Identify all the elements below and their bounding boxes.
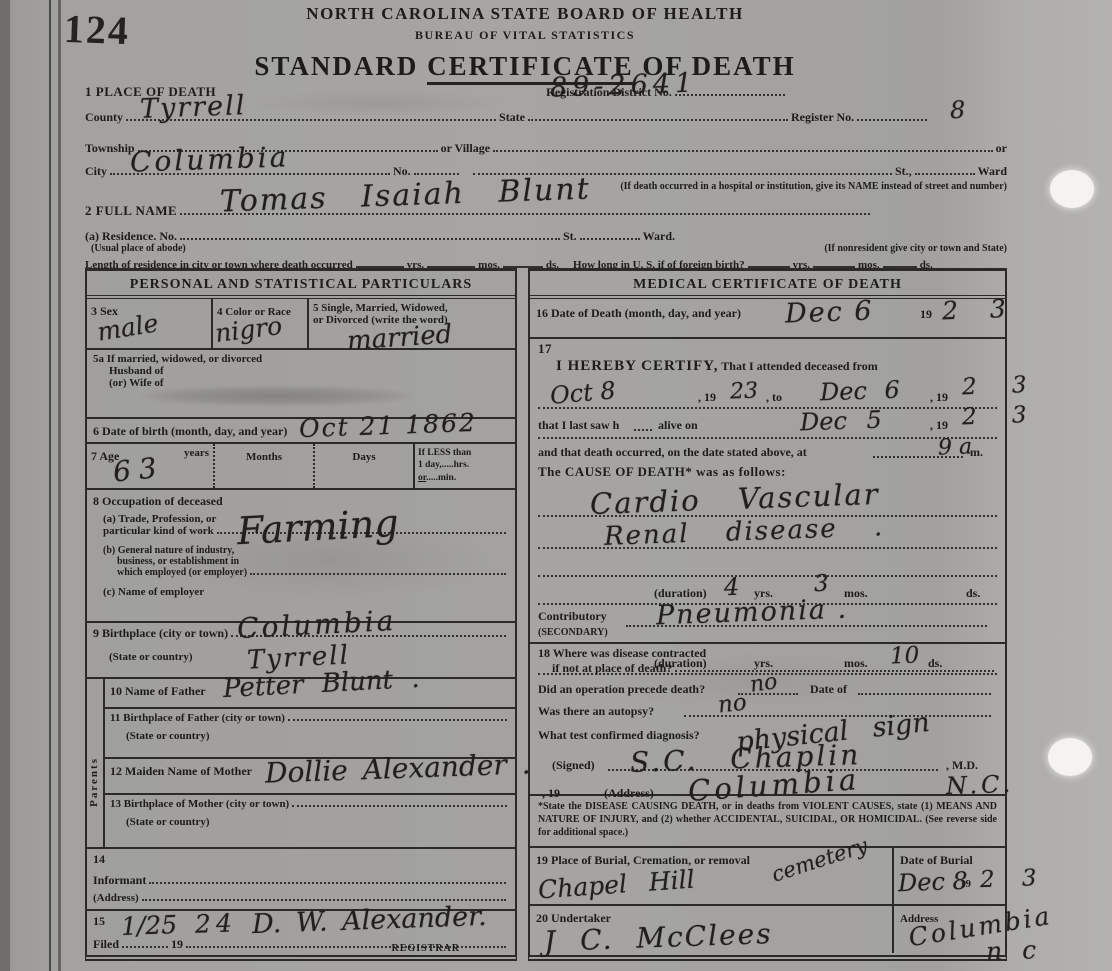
cause-line-1: Cardio Vascular: [538, 485, 997, 517]
or-village-label: or Village: [441, 141, 490, 156]
form-header: NORTH CAROLINA STATE BOARD OF HEALTH BUR…: [85, 4, 965, 82]
industry-label-3: which employed (or employer): [117, 567, 247, 578]
age-row: 7 Age years 63 Months Days If LESS than …: [87, 444, 515, 490]
hospital-note: (If death occurred in a hospital or inst…: [620, 181, 1007, 192]
no-label: No.: [393, 164, 411, 179]
age-days-label: Days: [352, 451, 375, 463]
marital-label-1: 5 Single, Married, Widowed,: [313, 302, 511, 314]
operation-date-blank: [858, 693, 991, 695]
age-cell: 7 Age years 63: [87, 444, 213, 488]
residence-no-blank: [180, 236, 560, 240]
ward-label: Ward: [978, 164, 1007, 179]
item-17-number: 17: [538, 341, 997, 357]
informant-label: Informant: [93, 873, 146, 888]
test-label: What test confirmed diagnosis?: [538, 728, 700, 743]
abode-line: (Usual place of abode) (If nonresident g…: [85, 243, 1007, 254]
informant-line: Informant: [93, 873, 509, 888]
operation-line: Did an operation precede death? no Date …: [538, 677, 997, 701]
date-of-burial-value: Dec 8: [898, 869, 969, 895]
no-blank: [414, 171, 459, 175]
contributory-label: Contributory: [538, 609, 607, 624]
date-of-death-value: Dec 6: [785, 297, 874, 327]
scan-left-edge: [0, 0, 10, 971]
bureau-name: BUREAU OF VITAL STATISTICS: [85, 28, 965, 43]
informant-address-label: (Address): [93, 892, 139, 904]
township-label: Township: [85, 141, 135, 156]
informant-blank: [149, 880, 506, 884]
age-months-label: Months: [246, 451, 282, 463]
marital-cell: 5 Single, Married, Widowed, or Divorced …: [309, 299, 515, 348]
filed-label: Filed: [93, 937, 119, 952]
undertaker-value: J C. McClees: [544, 920, 773, 956]
registrar-label: REGISTRAR: [392, 943, 460, 954]
full-name-line: 2 FULL NAME Tomas Isaiah Blunt: [85, 203, 1007, 219]
date-of-burial-label: Date of Burial: [900, 853, 973, 867]
filed-date-blank: [122, 944, 168, 948]
alive-on-label: alive on: [658, 418, 698, 433]
father-birthplace-state: (State or country): [126, 730, 510, 742]
to-19: , 19: [930, 390, 948, 405]
mother-name-value: Dollie Alexander .: [265, 750, 531, 787]
date-of-birth-row: 6 Date of birth (month, day, and year) O…: [87, 419, 515, 444]
city-value: Columbia: [130, 143, 290, 177]
to-year: 2 3: [962, 374, 1041, 400]
nonresident-note: (If nonresident give city or town and St…: [824, 243, 1007, 254]
father-birthplace-label: 11 Birthplace of Father (city or town): [110, 712, 285, 724]
certificate-form: NORTH CAROLINA STATE BOARD OF HEALTH BUR…: [85, 0, 1007, 971]
filed-date-value: 1/25: [121, 912, 178, 939]
county-line: County Tyrrell State Register No. 8: [85, 110, 1007, 125]
mother-birthplace-row: 13 Birthplace of Mother (city or town) (…: [105, 795, 515, 847]
birthplace-value: Columbia: [236, 607, 397, 643]
or-label: or: [996, 141, 1007, 156]
register-no-blank: [857, 117, 927, 121]
attended-from-value: Oct 8: [549, 378, 617, 408]
scanned-death-certificate: 124 NORTH CAROLINA STATE BOARD OF HEALTH…: [0, 0, 1112, 971]
birthplace-label: 9 Birthplace (city or town): [93, 626, 228, 641]
cause-line-3-empty: [538, 549, 997, 577]
autopsy-label: Was there an autopsy?: [538, 704, 654, 719]
parents-strip: Parents: [87, 679, 105, 847]
father-name-row: 10 Name of Father Petter Blunt .: [105, 679, 515, 709]
min-label: .....min.: [426, 473, 456, 483]
city-label: City: [85, 164, 107, 179]
place-of-burial-cell: 19 Place of Burial, Cremation, or remova…: [530, 848, 894, 904]
signed-state-value: N.C.: [946, 772, 1015, 798]
registrar-signature: D. W. Alexander.: [252, 903, 487, 938]
title-standard: STANDARD: [254, 51, 427, 81]
death-occurred-label: and that death occurred, on the date sta…: [538, 445, 807, 460]
footnote-text: *State the DISEASE CAUSING DEATH, or in …: [538, 801, 997, 838]
father-birthplace-line: 11 Birthplace of Father (city or town): [110, 712, 510, 724]
mother-birthplace-blank: [292, 803, 507, 807]
industry-line: which employed (or employer): [117, 567, 509, 578]
sex-cell: 3 Sex male: [87, 299, 213, 348]
less-than-label-3: or.....min.: [418, 472, 512, 484]
father-birthplace-blank: [288, 717, 507, 721]
state-label: State: [499, 110, 525, 125]
saw-year: 2 3: [962, 404, 1041, 430]
mother-birthplace-state: (State or country): [126, 816, 510, 828]
columns: PERSONAL AND STATISTICAL PARTICULARS 3 S…: [85, 268, 1007, 961]
cause-value-2: Renal disease .: [604, 514, 885, 550]
medical-certificate-column: MEDICAL CERTIFICATE OF DEATH 16 Date of …: [528, 268, 1007, 961]
attended-to-value: Dec 6: [820, 378, 901, 405]
trade-label-2: particular kind of work: [103, 525, 214, 537]
burial-row: 19 Place of Burial, Cremation, or remova…: [530, 848, 1005, 906]
race-value: nigro: [214, 313, 284, 346]
date-of-death-label: 16 Date of Death (month, day, and year): [536, 306, 741, 320]
st-blank: [915, 171, 975, 175]
date-of-birth-value: Oct 21 1862: [299, 410, 478, 441]
m-label: m.: [970, 445, 983, 460]
cause-of-death-label: The CAUSE OF DEATH* was as follows:: [538, 464, 786, 479]
less-than-label-1: If LESS than: [418, 447, 512, 459]
residence-label: (a) Residence. No.: [85, 229, 177, 244]
undertaker-row: 20 Undertaker J C. McClees Address Colum…: [530, 906, 1005, 953]
filed-year-value: 24: [195, 910, 238, 936]
form-title: STANDARD CERTIFICATE OF DEATH: [85, 51, 965, 82]
duration-ds-label: ds.: [966, 586, 980, 601]
age-value: 63: [112, 453, 166, 486]
parents-section: Parents 10 Name of Father Petter Blunt .…: [87, 679, 515, 849]
age-days-cell: Days: [313, 444, 413, 488]
contributory-value: Pneumonia .: [656, 596, 849, 630]
county-value: Tyrrell: [140, 92, 247, 123]
date-of-label: Date of: [810, 682, 847, 697]
spouse-label-1: 5a If married, widowed, or divorced: [93, 353, 509, 365]
age-years-label: years: [184, 447, 209, 459]
contracted-label-1: 18 Where was disease contracted: [538, 646, 997, 661]
industry-blank: [250, 571, 506, 575]
last-saw-value: Dec 5: [800, 408, 883, 435]
date-of-death-year: 2 3: [942, 296, 1019, 324]
or-underlined: or: [418, 473, 426, 483]
register-no-value: 8: [950, 98, 966, 123]
death-occurred-line: and that death occurred, on the date sta…: [538, 439, 997, 463]
disease-contracted-row: 18 Where was disease contracted if not a…: [530, 644, 1005, 796]
saw-19: , 19: [930, 418, 948, 433]
place-of-burial-value: Chapel Hill: [537, 867, 695, 903]
residence-st-label: St.: [563, 229, 577, 244]
residence-st-blank: [580, 236, 640, 240]
date-of-birth-label: 6 Date of birth (month, day, and year): [93, 424, 287, 438]
industry-label-2: business, or establishment in: [117, 556, 509, 567]
certification-row: 17 I HEREBY CERTIFY, That I attended dec…: [530, 339, 1005, 644]
burial-19: 19: [960, 878, 971, 890]
trade-value: Farming: [236, 504, 399, 550]
last-saw-line: that I last saw h alive on Dec 5 , 19 2 …: [538, 409, 997, 439]
spouse-label-2: Husband of: [109, 365, 509, 377]
board-name: NORTH CAROLINA STATE BOARD OF HEALTH: [85, 4, 965, 24]
secondary-label: (SECONDARY): [538, 627, 608, 638]
informant-number: 14: [93, 852, 509, 867]
residence-line: (a) Residence. No. St. Ward.: [85, 229, 1007, 244]
burial-year: 2 3: [980, 867, 1047, 892]
informant-address-blank: [142, 897, 506, 901]
employer-label: (c) Name of employer: [103, 586, 509, 598]
binding-line-2: [58, 0, 61, 971]
contributory-block: Contributory (SECONDARY) Pneumonia .: [538, 605, 997, 649]
certify-bold: I HEREBY CERTIFY,: [556, 358, 718, 374]
cause-line-2: Renal disease .: [538, 517, 997, 549]
father-name-label: 10 Name of Father: [110, 684, 206, 698]
autopsy-value: no: [717, 692, 748, 718]
abode-note: (Usual place of abode): [91, 243, 186, 254]
left-column-header: PERSONAL AND STATISTICAL PARTICULARS: [87, 271, 515, 299]
attended-from-line: Oct 8 , 19 23 , to Dec 6 , 19 2 3: [538, 379, 997, 409]
operation-label: Did an operation precede death?: [538, 682, 705, 697]
register-no-label: Register No.: [791, 110, 854, 125]
undertaker-address-value-2: n c: [986, 937, 1043, 964]
h-blank: [634, 429, 652, 431]
operation-value: no: [749, 671, 779, 697]
filed-row: 15 Filed 19 1/25 24 D. W. Alexander. REG…: [87, 911, 515, 955]
death-time-value: 9 a: [938, 436, 973, 459]
to-label: , to: [766, 390, 782, 405]
village-blank: [493, 148, 993, 152]
column-gutter: [517, 268, 528, 961]
sex-race-marital-row: 3 Sex male 4 Color or Race nigro 5 Singl…: [87, 299, 515, 350]
age-months-cell: Months: [213, 444, 313, 488]
last-saw-label: that I last saw h: [538, 418, 619, 433]
state-blank: [528, 117, 788, 121]
registration-district-value: 89-2641: [550, 69, 698, 101]
occupation-row: 8 Occupation of deceased (a) Trade, Prof…: [87, 490, 515, 623]
date-of-death-row: 16 Date of Death (month, day, and year) …: [530, 299, 1005, 339]
punch-hole-top: [1050, 170, 1094, 208]
signed-label: (Signed): [552, 758, 595, 773]
undertaker-cell: 20 Undertaker J C. McClees: [530, 906, 894, 953]
punch-hole-bottom: [1048, 738, 1092, 776]
full-name-label: 2 FULL NAME: [85, 203, 177, 219]
certify-line: I HEREBY CERTIFY, That I attended deceas…: [556, 357, 997, 379]
duration-mos-value: 3: [814, 573, 829, 596]
mother-birthplace-label: 13 Birthplace of Mother (city or town): [110, 798, 289, 810]
less-than-label-2: 1 day,.....hrs.: [418, 459, 512, 471]
residence-ward-label: Ward.: [643, 229, 675, 244]
personal-particulars-column: PERSONAL AND STATISTICAL PARTICULARS 3 S…: [85, 268, 517, 961]
date-of-burial-cell: Date of Burial Dec 8 19 2 3: [894, 848, 1005, 904]
date-of-death-19: 19: [920, 307, 932, 322]
place-of-burial-label: 19 Place of Burial, Cremation, or remova…: [536, 853, 750, 867]
st-label: St.,: [895, 164, 912, 179]
certify-rest: That I attended deceased from: [718, 359, 877, 373]
binding-line: [49, 0, 51, 971]
filed-19: 19: [171, 937, 183, 952]
mother-name-row: 12 Maiden Name of Mother Dollie Alexande…: [105, 759, 515, 795]
contracted-label-2: if not at place of death?: [552, 661, 672, 676]
contracted-blank: [675, 668, 994, 672]
sex-value: male: [95, 310, 160, 344]
parents-label: Parents: [88, 757, 100, 807]
parents-body: 10 Name of Father Petter Blunt . 11 Birt…: [105, 679, 515, 847]
age-less-than-day-cell: If LESS than 1 day,.....hrs. or.....min.: [413, 444, 515, 488]
from-year: 23: [730, 381, 759, 404]
from-19: , 19: [698, 390, 716, 405]
race-cell: 4 Color or Race nigro: [213, 299, 309, 348]
right-column-header: MEDICAL CERTIFICATE OF DEATH: [530, 271, 1005, 299]
pencil-smudge: [142, 386, 412, 406]
duration-yrs-value: 4: [724, 575, 740, 600]
mother-name-label: 12 Maiden Name of Mother: [110, 764, 252, 778]
county-label: County: [85, 110, 123, 125]
mother-birthplace-line: 13 Birthplace of Mother (city or town): [110, 798, 510, 810]
footnote: *State the DISEASE CAUSING DEATH, or in …: [530, 796, 1005, 848]
undertaker-address-cell: Address Columbia n c: [894, 906, 1005, 953]
